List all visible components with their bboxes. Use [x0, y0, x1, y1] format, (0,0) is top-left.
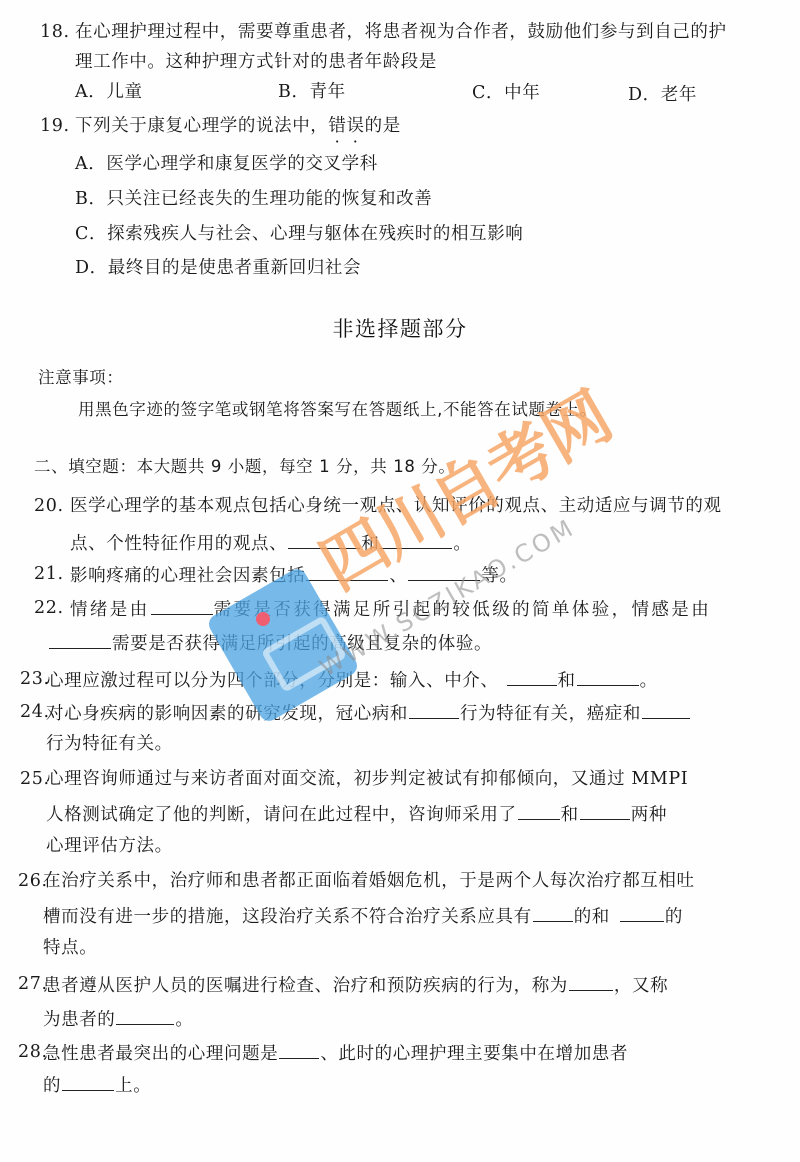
- exam-page: 18. 在心理护理过程中，需要尊重患者，将患者视为合作者，鼓励他们参与到自己的护…: [0, 0, 800, 1162]
- answer-blank[interactable]: [116, 1006, 174, 1025]
- question-text: 的: [43, 1076, 61, 1096]
- question-text: 需要是否获得满足所引起的较低级的简单体验，情感是由: [214, 600, 712, 620]
- answer-blank[interactable]: [569, 972, 613, 991]
- question-text: 、此时的心理护理主要集中在增加患者: [320, 1044, 628, 1064]
- part-heading: 二、填空题：本大题共 9 小题，每空 1 分，共 18 分。: [34, 455, 455, 479]
- question-text: 的: [665, 907, 683, 927]
- question-text: 和: [558, 671, 576, 691]
- question-text: 点、个性特征作用的观点、: [70, 534, 287, 554]
- answer-blank[interactable]: [577, 667, 639, 686]
- notice-heading: 注意事项：: [38, 366, 124, 390]
- option-a: A．医学心理学和康复医学的交叉学科: [75, 152, 378, 176]
- question-text: 患者遵从医护人员的医嘱进行检查、治疗和预防疾病的行为，称为: [43, 976, 568, 996]
- notice-body: 用黑色字迹的签字笔或钢笔将答案写在答题纸上,不能答在试题卷上。: [78, 398, 597, 422]
- question-text: 和: [361, 534, 379, 554]
- question-number: 22.: [34, 596, 64, 620]
- question-text: 、: [389, 566, 407, 586]
- answer-blank[interactable]: [62, 1072, 114, 1091]
- question-text-line: 为患者的。: [43, 1006, 194, 1032]
- question-text: ，又称: [614, 976, 668, 996]
- question-text: 上。: [115, 1076, 151, 1096]
- answer-blank[interactable]: [306, 562, 388, 581]
- question-text-line: 槽而没有进一步的措施，这段治疗关系不符合治疗关系应具有的和的: [43, 903, 683, 929]
- answer-blank[interactable]: [408, 562, 480, 581]
- question-text-line: 在心理护理过程中，需要尊重患者，将患者视为合作者，鼓励他们参与到自己的护: [75, 20, 727, 44]
- option-d: D．最终目的是使患者重新回归社会: [75, 256, 361, 280]
- question-text: 等。: [481, 566, 517, 586]
- question-text: 的是: [365, 116, 401, 136]
- question-text: 。: [175, 1010, 193, 1030]
- question-text: 影响疼痛的心理社会因素包括: [70, 566, 305, 586]
- question-text: 的和: [574, 907, 610, 927]
- answer-blank[interactable]: [279, 1040, 319, 1059]
- option-b: B．只关注已经丧失的生理功能的恢复和改善: [75, 187, 432, 211]
- option-c: C．探索残疾人与社会、心理与躯体在残疾时的相互影响: [75, 222, 523, 246]
- question-text: 槽而没有进一步的措施，这段治疗关系不符合治疗关系应具有: [43, 907, 532, 927]
- option-d: D．老年: [628, 83, 697, 107]
- answer-blank[interactable]: [288, 530, 360, 549]
- question-number: 21.: [34, 562, 64, 586]
- question-text: 人格测试确定了他的判断，请问在此过程中，咨询师采用了: [46, 805, 517, 825]
- answer-blank[interactable]: [642, 700, 690, 719]
- option-c: C．中年: [472, 81, 540, 105]
- question-text: 和: [561, 805, 579, 825]
- option-b: B．青年: [278, 80, 346, 104]
- option-a: A．儿童: [75, 80, 143, 104]
- question-text-line: 行为特征有关。: [46, 732, 173, 756]
- question-text-line: 理工作中。这种护理方式针对的患者年龄段是: [75, 50, 437, 74]
- question-number: 19.: [40, 114, 70, 138]
- answer-blank[interactable]: [518, 801, 560, 820]
- question-text-line: 在治疗关系中，治疗师和患者都正面临着婚姻危机，于是两个人每次治疗都互相吐: [43, 869, 695, 893]
- question-text: 为患者的: [43, 1010, 115, 1030]
- answer-blank[interactable]: [380, 530, 452, 549]
- answer-blank[interactable]: [620, 903, 664, 922]
- question-number: 20.: [34, 494, 64, 518]
- question-text-line: 心理咨询师通过与来访者面对面交流，初步判定被试有抑郁倾向，又通过 MMPI: [46, 767, 688, 791]
- question-text: 行为特征有关，癌症和: [460, 704, 641, 724]
- emphasis-char: 错: [328, 116, 346, 136]
- question-text-line: 下列关于康复心理学的说法中，错误的是: [75, 114, 401, 138]
- question-text: 两种: [631, 805, 667, 825]
- question-text: 急性患者最突出的心理问题是: [43, 1044, 278, 1064]
- answer-blank[interactable]: [580, 801, 630, 820]
- question-text: 对心身疾病的影响因素的研究发现，冠心病和: [46, 704, 408, 724]
- question-text: 。: [640, 671, 658, 691]
- answer-blank[interactable]: [409, 700, 459, 719]
- answer-blank[interactable]: [49, 630, 111, 649]
- question-text-line: 点、个性特征作用的观点、和。: [70, 530, 471, 556]
- answer-blank[interactable]: [507, 667, 557, 686]
- answer-blank[interactable]: [151, 596, 213, 615]
- question-text: 情绪是由: [70, 600, 150, 620]
- question-text-line: 需要是否获得满足所引起的高级且复杂的体验。: [48, 630, 492, 656]
- section-title: 非选择题部分: [0, 313, 800, 343]
- question-text: 。: [453, 534, 471, 554]
- question-text-line: 医学心理学的基本观点包括心身统一观点、认知评价的观点、主动适应与调节的观: [70, 494, 722, 518]
- question-text: 下列关于康复心理学的说法中，: [75, 116, 328, 136]
- question-text-line: 特点。: [43, 936, 97, 960]
- question-text-line: 的上。: [43, 1072, 151, 1098]
- question-number: 18.: [40, 20, 70, 44]
- answer-blank[interactable]: [533, 903, 573, 922]
- question-text: 心理应激过程可以分为四个部分，分别是：输入、中介、: [46, 671, 499, 691]
- question-text-line: 心理评估方法。: [46, 834, 173, 858]
- emphasis-char: 误: [347, 116, 365, 136]
- question-text: 需要是否获得满足所引起的高级且复杂的体验。: [112, 634, 492, 654]
- question-text-line: 人格测试确定了他的判断，请问在此过程中，咨询师采用了和两种: [46, 801, 667, 827]
